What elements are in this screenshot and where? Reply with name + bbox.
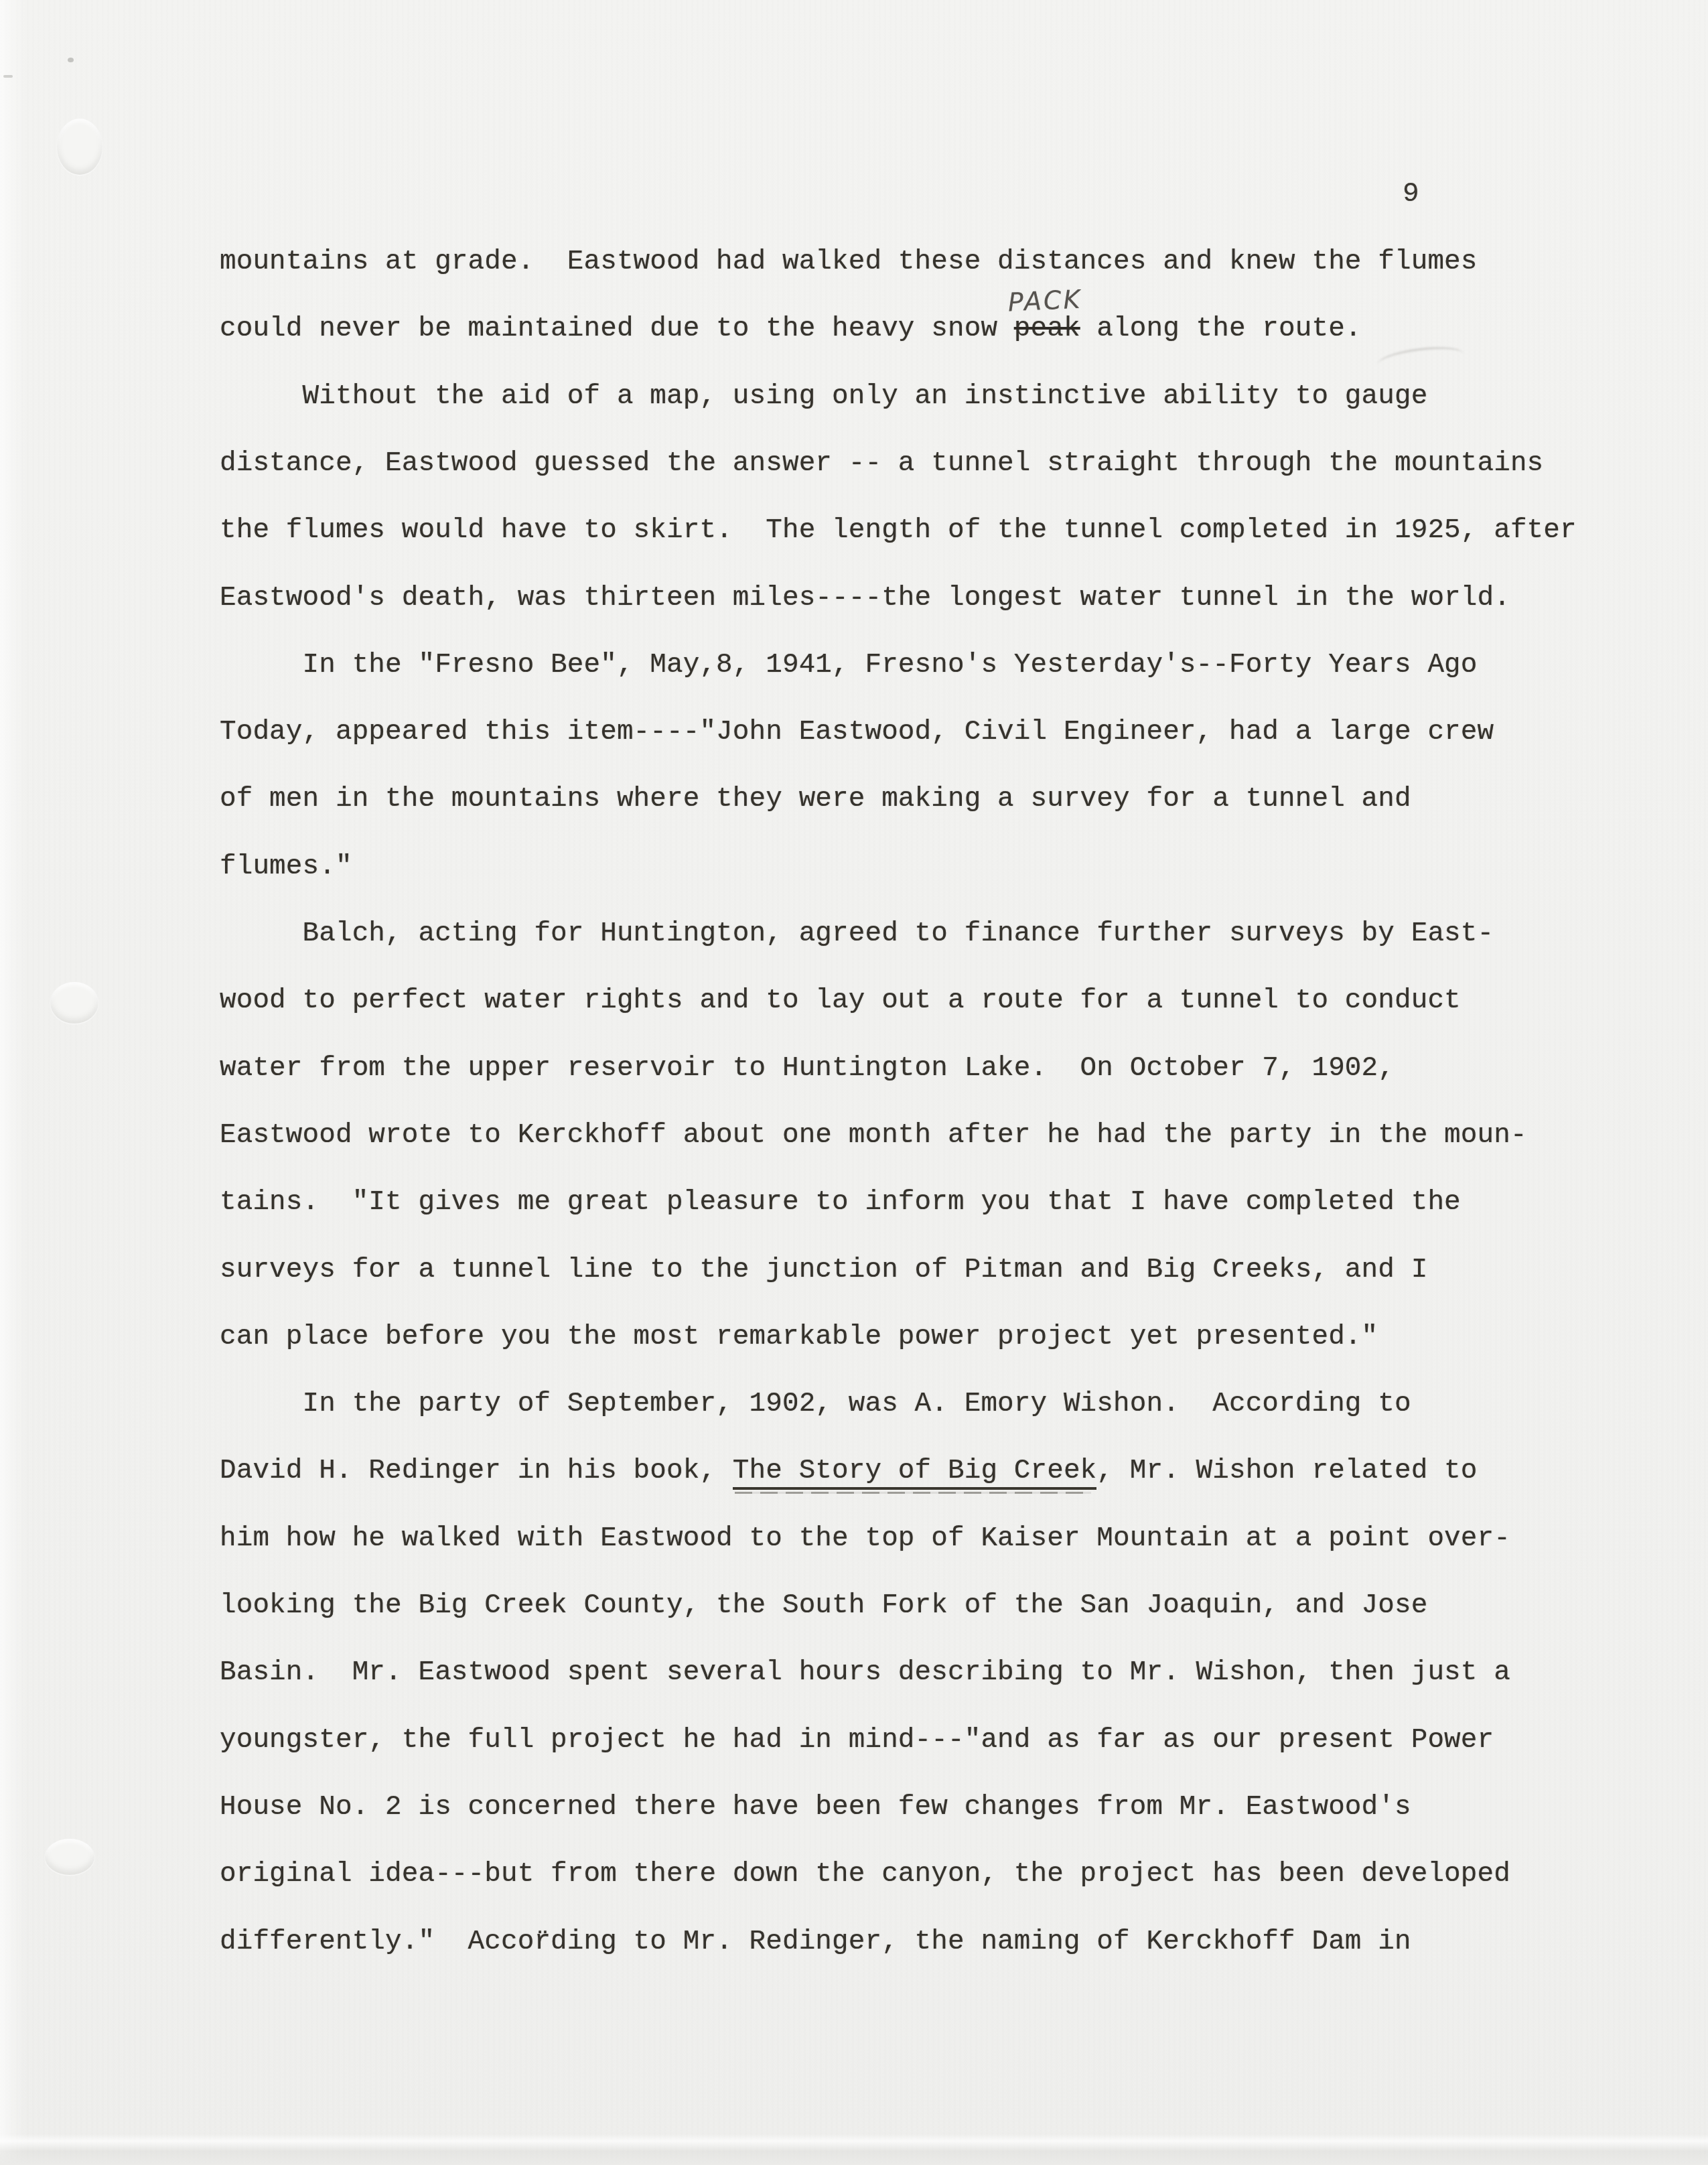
text-segment: Without the aid of a map, using only an … [220,381,1427,412]
text-segment: mountains at grade. Eastwood had walked … [220,247,1478,277]
text-line: Eastwood wrote to Kerckhoff about one mo… [220,1122,1527,1149]
text-line: looking the Big Creek County, the South … [220,1592,1427,1620]
text-line: David H. Redinger in his book, The Story… [220,1458,1478,1485]
scanned-page: 9 mountains at grade. Eastwood had walke… [0,0,1708,2165]
text-line: distance, Eastwood guessed the answer --… [220,450,1543,478]
text-segment: looking the Big Creek County, the South … [220,1590,1427,1621]
text-line: water from the upper reservoir to Huntin… [220,1055,1395,1082]
text-segment: the flumes would have to skirt. The leng… [220,515,1577,546]
text-segment: can place before you the most remarkable… [220,1322,1378,1352]
text-line: the flumes would have to skirt. The leng… [220,517,1577,545]
text-segment: differently." Accor̈ding to Mr. Redinger… [220,1927,1411,1957]
text-segment: In the "Fresno Bee", May,8, 1941, Fresno… [220,650,1478,681]
text-line: House No. 2 is concerned there have been… [220,1794,1411,1821]
text-segment: Basin. Mr. Eastwood spent several hours … [220,1657,1510,1688]
text-line: can place before you the most remarkable… [220,1324,1378,1351]
text-segment: youngster, the full project he had in mi… [220,1725,1494,1756]
text-segment: wood to perfect water rights and to lay … [220,985,1461,1016]
text-segment: distance, Eastwood guessed the answer --… [220,448,1543,479]
text-line: could never be maintained due to the hea… [220,316,1362,343]
text-segment: could never be maintained due to the hea… [220,313,1014,344]
text-line: youngster, the full project he had in mi… [220,1727,1494,1754]
text-line: differently." Accor̈ding to Mr. Redinger… [220,1929,1411,1956]
text-line: Today, appeared this item----"John Eastw… [220,719,1494,746]
text-segment: him how he walked with Eastwood to the t… [220,1523,1510,1554]
text-segment: David H. Redinger in his book, [220,1456,733,1486]
handwritten-correction: PACK [1007,287,1082,316]
text-line: mountains at grade. Eastwood had walked … [220,249,1478,276]
text-line: In the "Fresno Bee", May,8, 1941, Fresno… [220,652,1478,679]
text-segment: Balch, acting for Huntington, agreed to … [220,918,1494,949]
text-line: of men in the mountains where they were … [220,786,1411,813]
text-line: him how he walked with Eastwood to the t… [220,1525,1510,1553]
underlined-book-title: The Story of Big Creek [733,1456,1097,1490]
text-line: tains. "It gives me great pleasure to in… [220,1189,1461,1216]
text-segment: Eastwood wrote to Kerckhoff about one mo… [220,1120,1527,1151]
text-line: original idea---but from there down the … [220,1861,1510,1888]
text-segment: original idea---but from there down the … [220,1859,1510,1890]
text-line: flumes." [220,853,352,881]
text-segment: Today, appeared this item----"John Eastw… [220,717,1494,748]
text-line: wood to perfect water rights and to lay … [220,987,1461,1015]
text-segment: tains. "It gives me great pleasure to in… [220,1187,1461,1218]
text-segment: Eastwood's death, was thirteen miles----… [220,583,1510,614]
typewritten-text: mountains at grade. Eastwood had walked … [0,0,1708,2165]
text-segment: In the party of September, 1902, was A. … [220,1389,1411,1419]
text-segment: flumes." [220,851,352,882]
text-segment: of men in the mountains where they were … [220,784,1411,815]
text-segment: House No. 2 is concerned there have been… [220,1792,1411,1823]
text-line: Basin. Mr. Eastwood spent several hours … [220,1659,1510,1687]
text-segment: along the route. [1080,313,1362,344]
text-line: Balch, acting for Huntington, agreed to … [220,920,1494,948]
struck-word: peak [1014,313,1080,344]
text-line: Eastwood's death, was thirteen miles----… [220,585,1510,612]
text-line: surveys for a tunnel line to the junctio… [220,1257,1427,1284]
text-segment: water from the upper reservoir to Huntin… [220,1053,1395,1084]
text-segment: surveys for a tunnel line to the junctio… [220,1255,1427,1285]
text-segment: , Mr. Wishon related to [1096,1456,1477,1486]
text-line: In the party of September, 1902, was A. … [220,1391,1411,1418]
text-line: Without the aid of a map, using only an … [220,383,1427,411]
